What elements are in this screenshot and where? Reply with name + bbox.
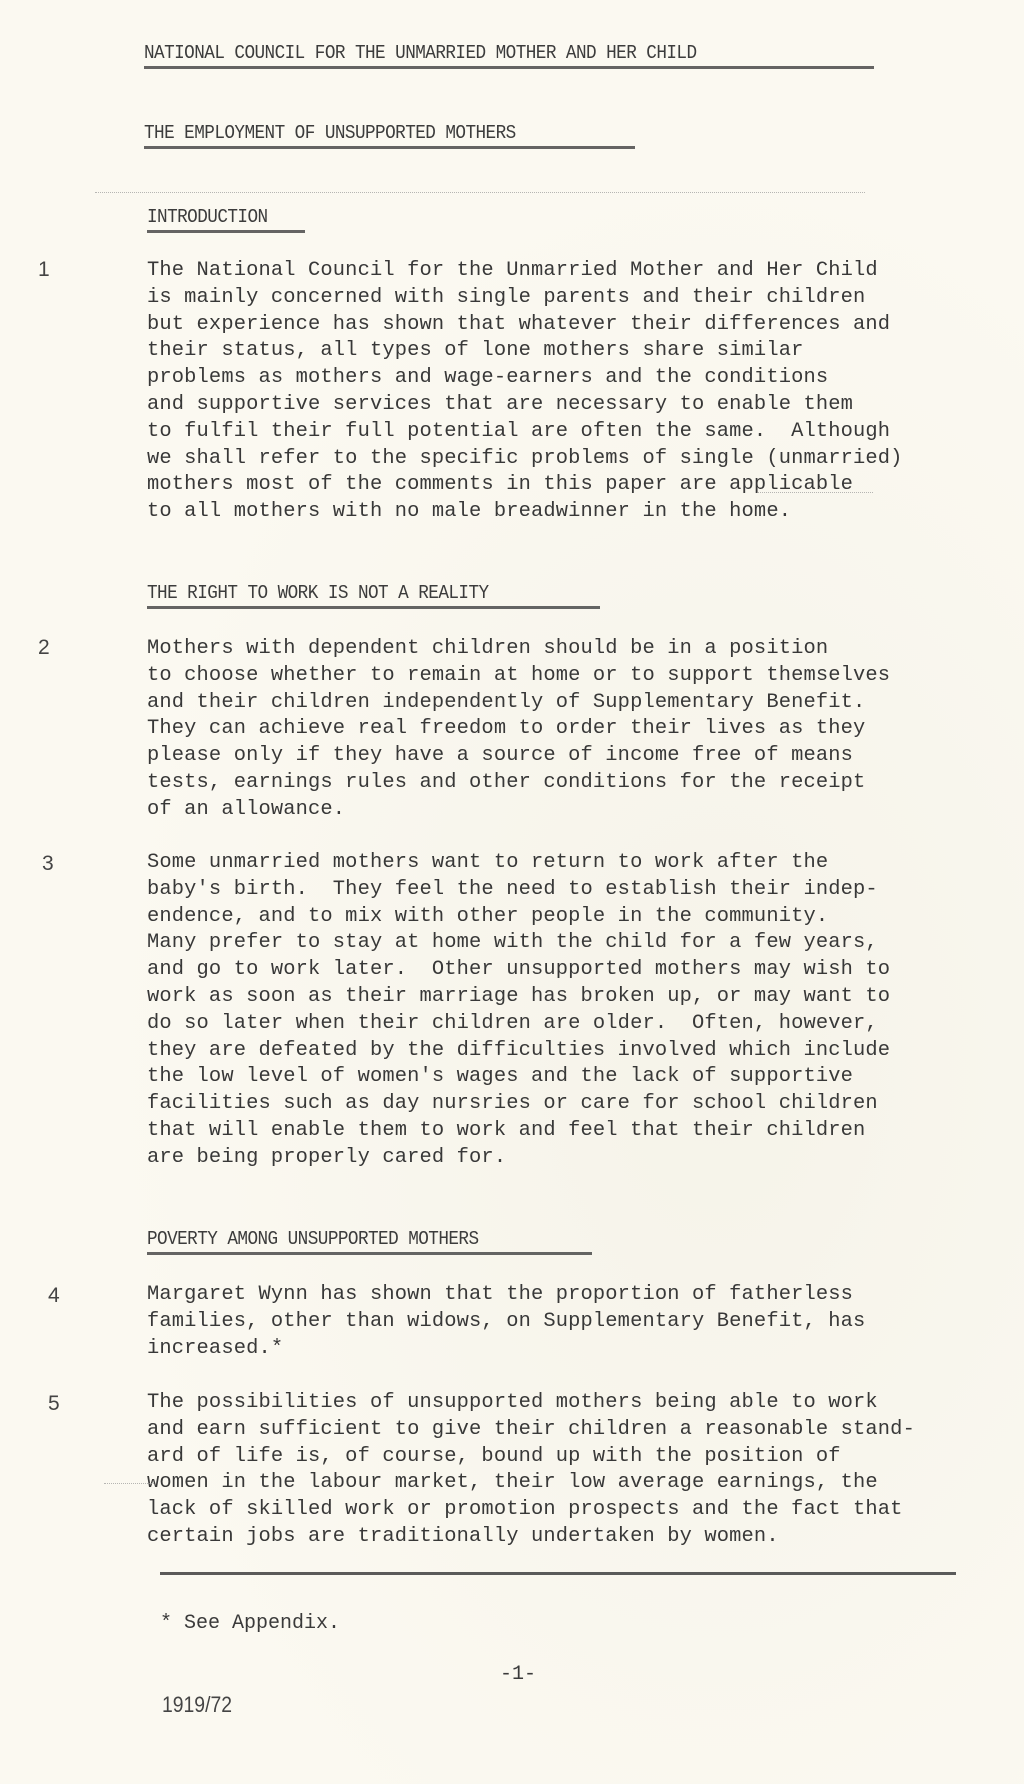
paragraph-line: is mainly concerned with single parents … [147, 285, 987, 312]
paragraph-line: The possibilities of unsupported mothers… [147, 1390, 987, 1417]
paragraph-number-5: 5 [48, 1392, 60, 1416]
paragraph-line: work as soon as their marriage has broke… [147, 984, 987, 1011]
paragraph-line: lack of skilled work or promotion prospe… [147, 1497, 987, 1524]
paragraph-number-3: 3 [42, 852, 54, 876]
paragraph-line: Many prefer to stay at home with the chi… [147, 930, 987, 957]
footnote-separator-rule [160, 1572, 956, 1575]
paragraph-line: The National Council for the Unmarried M… [147, 258, 987, 285]
paragraph-line: certain jobs are traditionally undertake… [147, 1524, 987, 1551]
paragraph-line: they are defeated by the difficulties in… [147, 1038, 987, 1065]
organization-underline [144, 66, 874, 69]
margin-dotted-mark [104, 1483, 154, 1485]
paragraph-line: mothers most of the comments in this pap… [147, 472, 987, 499]
paragraph-line: women in the labour market, their low av… [147, 1470, 987, 1497]
paragraph-line: tests, earnings rules and other conditio… [147, 770, 987, 797]
paragraph-line: and go to work later. Other unsupported … [147, 957, 987, 984]
organization-heading: NATIONAL COUNCIL FOR THE UNMARRIED MOTHE… [144, 42, 697, 64]
section-heading-poverty: POVERTY AMONG UNSUPPORTED MOTHERS [147, 1228, 479, 1250]
paragraph-line: Margaret Wynn has shown that the proport… [147, 1282, 987, 1309]
paragraph-line: but experience has shown that whatever t… [147, 312, 987, 339]
section-heading-introduction: INTRODUCTION [147, 206, 268, 228]
paragraph-line: are being properly cared for. [147, 1145, 987, 1172]
document-code: 1919/72 [162, 1692, 232, 1718]
paragraph-line: and their children independently of Supp… [147, 690, 987, 717]
right-to-work-underline [147, 606, 600, 609]
paragraph-line: the low level of women's wages and the l… [147, 1064, 987, 1091]
paragraph-line: and supportive services that are necessa… [147, 392, 987, 419]
paragraph-line: Some unmarried mothers want to return to… [147, 850, 987, 877]
footnote: * See Appendix. [160, 1612, 340, 1635]
paragraph-line: problems as mothers and wage-earners and… [147, 365, 987, 392]
faint-dotted-mark [95, 192, 865, 194]
paragraph-number-1: 1 [38, 258, 50, 282]
paragraph-line: endence, and to mix with other people in… [147, 904, 987, 931]
paragraph-line: we shall refer to the specific problems … [147, 446, 987, 473]
paragraph-line: to all mothers with no male breadwinner … [147, 499, 987, 526]
paragraph-line: and earn sufficient to give their childr… [147, 1417, 987, 1444]
paragraph-line: Mothers with dependent children should b… [147, 636, 987, 663]
paragraph-line: baby's birth. They feel the need to esta… [147, 877, 987, 904]
paragraph-number-4: 4 [48, 1284, 60, 1308]
paragraph-2: Mothers with dependent children should b… [147, 636, 987, 824]
introduction-underline [147, 230, 305, 233]
paragraph-1: The National Council for the Unmarried M… [147, 258, 987, 526]
paragraph-line: increased.* [147, 1336, 987, 1363]
paragraph-number-2: 2 [38, 636, 50, 660]
poverty-underline [147, 1252, 592, 1255]
unmarried-underline-mark [758, 492, 873, 494]
paragraph-line: ard of life is, of course, bound up with… [147, 1444, 987, 1471]
section-heading-right-to-work: THE RIGHT TO WORK IS NOT A REALITY [147, 582, 489, 604]
paragraph-line: They can achieve real freedom to order t… [147, 716, 987, 743]
paragraph-line: please only if they have a source of inc… [147, 743, 987, 770]
document-title: THE EMPLOYMENT OF UNSUPPORTED MOTHERS [144, 122, 516, 144]
paragraph-line: do so later when their children are olde… [147, 1011, 987, 1038]
paragraph-line: families, other than widows, on Suppleme… [147, 1309, 987, 1336]
paragraph-line: of an allowance. [147, 797, 987, 824]
title-underline [144, 146, 635, 149]
page-number: -1- [500, 1663, 536, 1686]
paragraph-4: Margaret Wynn has shown that the proport… [147, 1282, 987, 1362]
paragraph-line: their status, all types of lone mothers … [147, 338, 987, 365]
document-page: NATIONAL COUNCIL FOR THE UNMARRIED MOTHE… [0, 0, 1024, 1784]
paragraph-line: to choose whether to remain at home or t… [147, 663, 987, 690]
paragraph-line: to fulfil their full potential are often… [147, 419, 987, 446]
paragraph-line: facilities such as day nursries or care … [147, 1091, 987, 1118]
paragraph-3: Some unmarried mothers want to return to… [147, 850, 987, 1172]
paragraph-line: that will enable them to work and feel t… [147, 1118, 987, 1145]
paragraph-5: The possibilities of unsupported mothers… [147, 1390, 987, 1551]
